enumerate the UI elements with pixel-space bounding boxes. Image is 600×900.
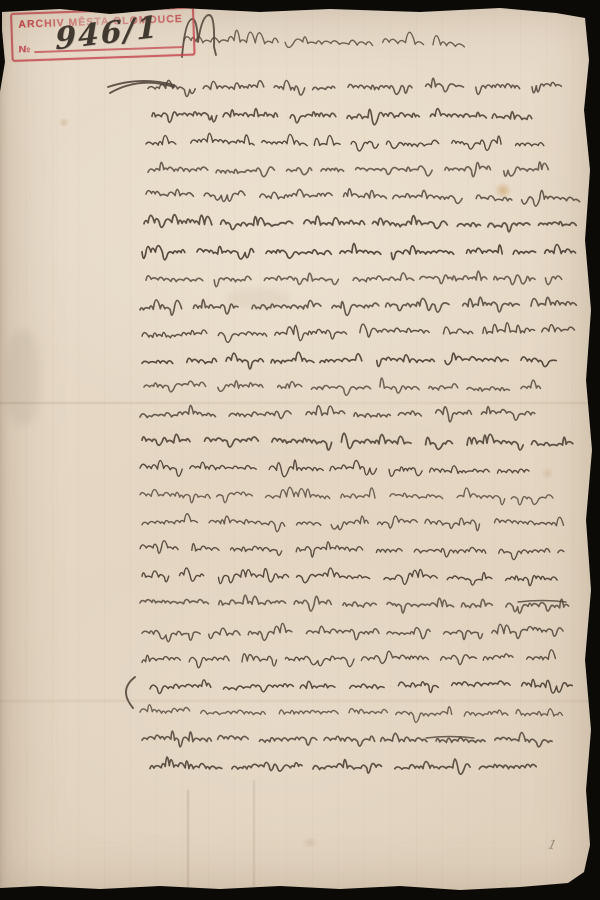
manuscript-line	[146, 133, 544, 151]
manuscript-line	[140, 458, 529, 480]
manuscript-line	[148, 77, 561, 96]
flourish-closing-paren	[126, 677, 135, 708]
strikethrough-mark	[426, 737, 474, 739]
manuscript-line	[146, 271, 562, 287]
manuscript-line	[142, 514, 564, 533]
manuscript-line	[144, 214, 576, 232]
manuscript-line	[148, 162, 548, 178]
manuscript-line	[142, 431, 573, 453]
manuscript-line	[142, 322, 575, 344]
manuscript-line	[152, 106, 532, 125]
manuscript-line	[150, 678, 572, 695]
paper-sheet: ARCHIV MĚSTA OLOMOUCE № 946/1 1	[0, 0, 600, 900]
manuscript-line	[146, 186, 580, 207]
manuscript-line	[142, 622, 563, 642]
manuscript-line	[140, 486, 553, 505]
manuscript-line	[140, 296, 576, 318]
manuscript-scan-page: ARCHIV MĚSTA OLOMOUCE № 946/1 1	[0, 0, 600, 900]
manuscript-line	[142, 731, 552, 748]
manuscript-line	[142, 243, 576, 260]
manuscript-line	[144, 376, 541, 397]
manuscript-line	[142, 350, 556, 369]
stamp-number-label: №	[18, 46, 30, 55]
manuscript-line	[150, 757, 536, 774]
manuscript-line	[184, 29, 465, 49]
manuscript-line	[140, 404, 535, 424]
manuscript-line	[140, 541, 564, 560]
handwriting-layer	[0, 0, 600, 900]
manuscript-line	[142, 567, 557, 586]
manuscript-line	[142, 650, 555, 668]
manuscript-line	[140, 705, 562, 724]
manuscript-line	[140, 594, 569, 614]
